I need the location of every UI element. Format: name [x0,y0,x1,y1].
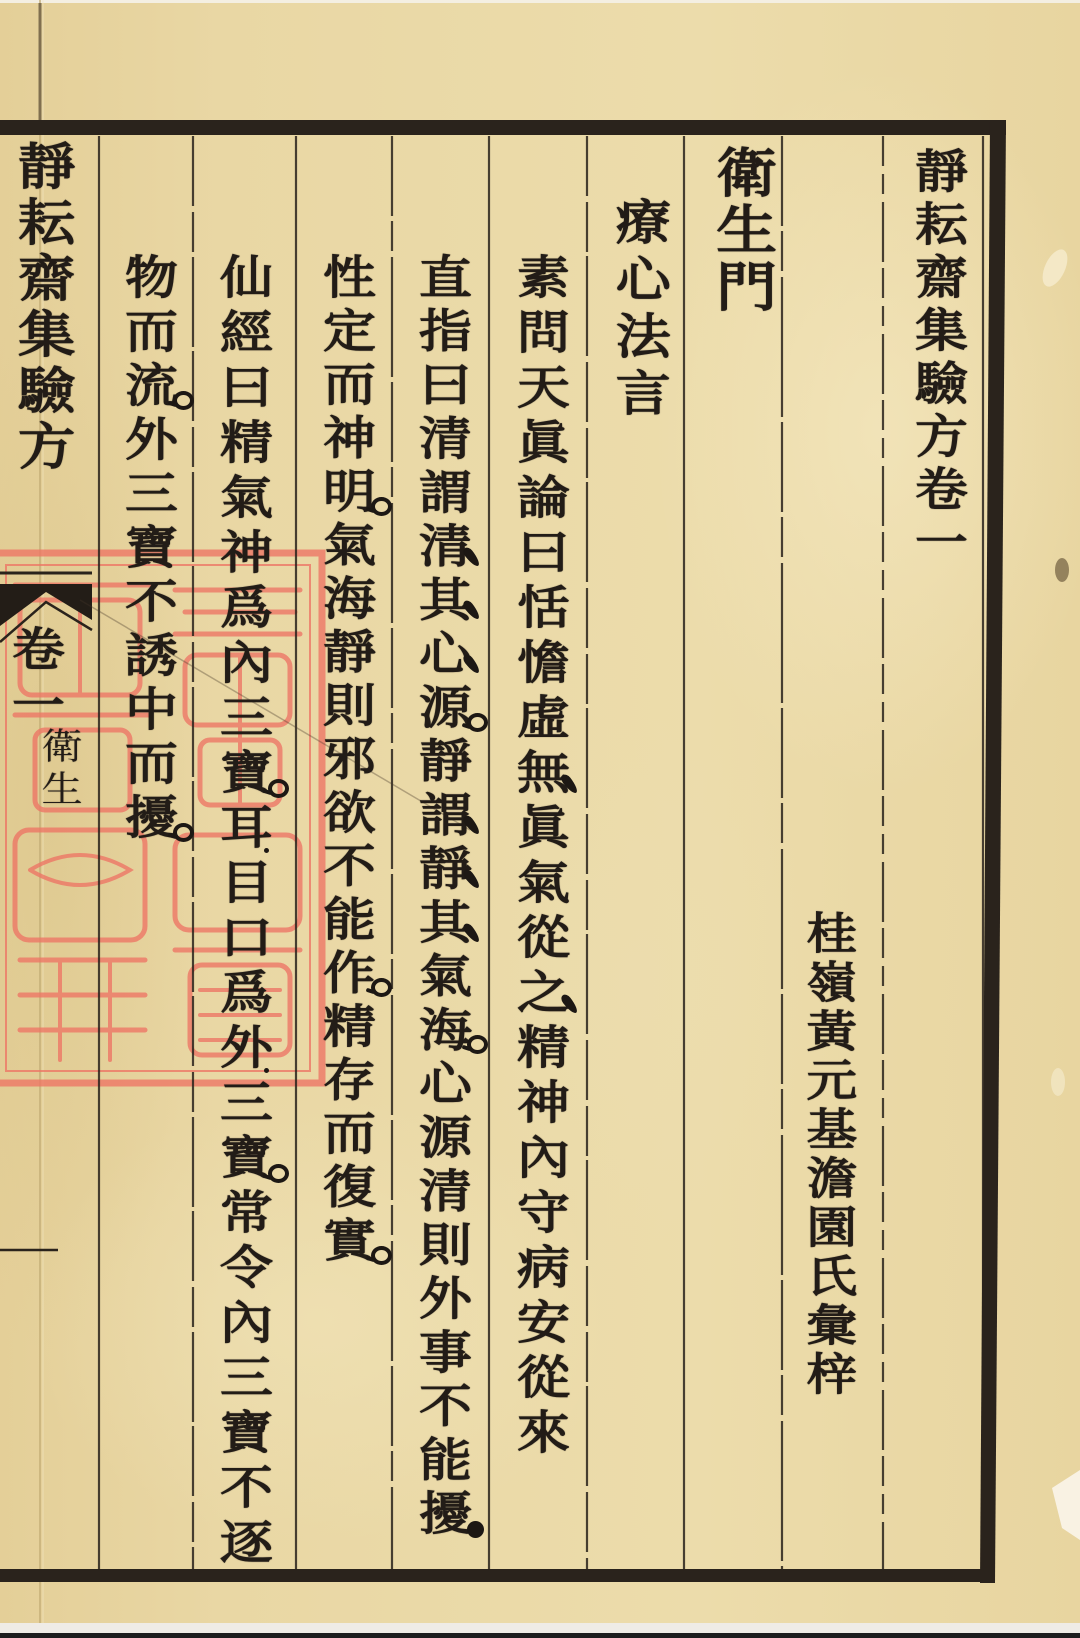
author-line: 桂嶺黃元基澹園氏彙梓 [790,910,861,1400]
fold-margin-section-column: 衛生 [36,727,80,728]
body-column: 仙經曰精氣神爲內三寶耳目口爲外三寶常令內三寶不逐 [212,253,274,254]
body-column: 素問天眞論曰恬憺虛無眞氣從之精神內守病安從來 [509,253,571,254]
subsection-heading: 療心法言 [602,197,673,425]
circle-punctuation-mark [467,713,488,732]
bottom-dark-bar [0,1633,1080,1638]
circle-punctuation-mark [268,1164,289,1183]
fold-margin-volume-column: 卷一 [5,625,65,626]
circle-punctuation-mark [173,823,194,842]
section-heading: 衛生門 [702,145,783,316]
book-title-column: 靜耘齋集驗方卷一 [907,147,969,148]
bottom-edge-strip [0,1623,1080,1633]
body-column: 直指曰清謂清其心源靜謂靜其氣海心源清則外事不能擾 [411,253,473,254]
body-column-text: 仙經曰精氣神爲內三寶耳目口爲外三寶常令內三寶不逐 [207,253,278,1573]
fold-margin-volume: 卷一 [1,625,70,737]
fold-margin-title: 靜耘齋集驗方 [5,140,79,476]
body-column: 性定而神明氣海靜則邪欲不能作精存而復實 [315,253,377,254]
section-heading-column: 衛生門 [707,145,777,146]
dot-punctuation-mark [467,1521,484,1538]
circle-punctuation-mark [173,391,194,410]
author-line-column: 桂嶺黃元基澹園氏彙梓 [795,910,857,911]
small-dot-punctuation-mark [264,1068,269,1073]
small-dot-punctuation-mark [264,848,269,853]
body-column: 物而流外三寶不誘中而擾 [117,253,179,254]
scanned-book-page: 靜耘齋集驗方卷一 衛生門 桂嶺黃元基澹園氏彙梓 療心法言 素問天眞論曰恬憺虛無眞… [0,0,1080,1638]
circle-punctuation-mark [268,779,289,798]
fold-margin-section: 衛生 [33,727,84,813]
circle-punctuation-mark [371,497,392,516]
book-title: 靜耘齋集驗方卷一 [902,147,973,571]
body-column-text: 性定而神明氣海靜則邪欲不能作精存而復實 [310,253,381,1270]
circle-punctuation-mark [371,1246,392,1265]
body-column-text: 直指曰清謂清其心源靜謂靜其氣海心源清則外事不能擾 [406,253,477,1543]
subsection-heading-column: 療心法言 [607,197,669,198]
body-column-text: 素問天眞論曰恬憺虛無眞氣從之精神內守病安從來 [504,253,575,1463]
circle-punctuation-mark [371,978,392,997]
body-column-text: 物而流外三寶不誘中而擾 [112,253,183,847]
fold-margin-title-column: 靜耘齋集驗方 [10,140,74,141]
